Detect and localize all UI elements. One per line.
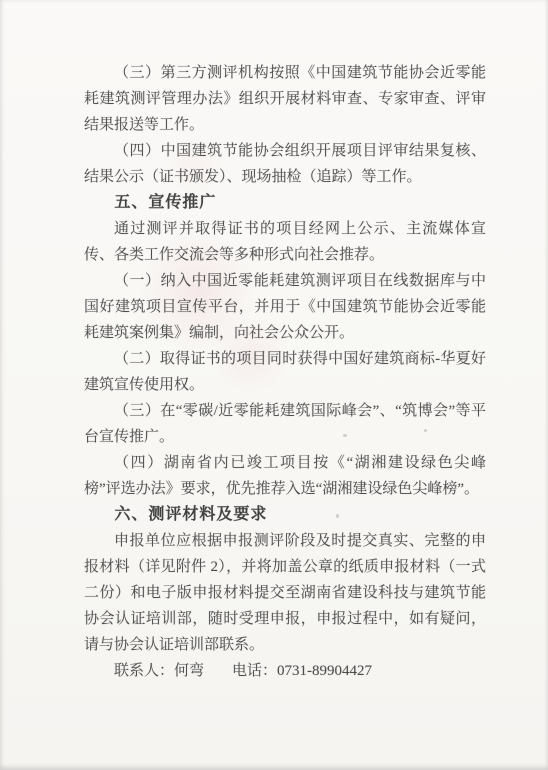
para-publicity-item-2: （二）取得证书的项目同时获得中国好建筑商标-华夏好建筑宣传使用权。 [84, 346, 486, 398]
para-materials-requirements: 申报单位应根据申报测评阶段及时提交真实、完整的申报材料（详见附件 2），并将加盖… [84, 528, 486, 658]
para-publicity-item-4: （四）湖南省内已竣工项目按《“湖湘建设绿色尖峰榜”评选办法》要求，优先推荐入选“… [84, 450, 486, 502]
contact-line: 联系人：何弯电话：0731-89904427 [84, 658, 486, 684]
para-third-party-review: （三）第三方测评机构按照《中国建筑节能协会近零能耗建筑测评管理办法》组织开展材料… [84, 60, 486, 138]
para-publicity-intro: 通过测评并取得证书的项目经网上公示、主流媒体宣传、各类工作交流会等多种形式向社会… [84, 216, 486, 268]
para-cabee-review: （四）中国建筑节能协会组织开展项目评审结果复核、结果公示（证书颁发）、现场抽检（… [84, 138, 486, 190]
heading-section-6-materials: 六、测评材料及要求 [84, 502, 486, 528]
para-publicity-item-3: （三）在“零碳/近零能耗建筑国际峰会”、“筑博会”等平台宣传推广。 [84, 398, 486, 450]
contact-phone: 电话：0731-89904427 [232, 663, 372, 679]
scanned-document-page: （三）第三方测评机构按照《中国建筑节能协会近零能耗建筑测评管理办法》组织开展材料… [0, 0, 548, 770]
para-publicity-item-1: （一）纳入中国近零能耗建筑测评项目在线数据库与中国好建筑项目宣传平台，并用于《中… [84, 268, 486, 346]
contact-person: 联系人：何弯 [114, 663, 204, 679]
document-body: （三）第三方测评机构按照《中国建筑节能协会近零能耗建筑测评管理办法》组织开展材料… [84, 60, 486, 684]
heading-section-5-publicity: 五、宣传推广 [84, 190, 486, 216]
